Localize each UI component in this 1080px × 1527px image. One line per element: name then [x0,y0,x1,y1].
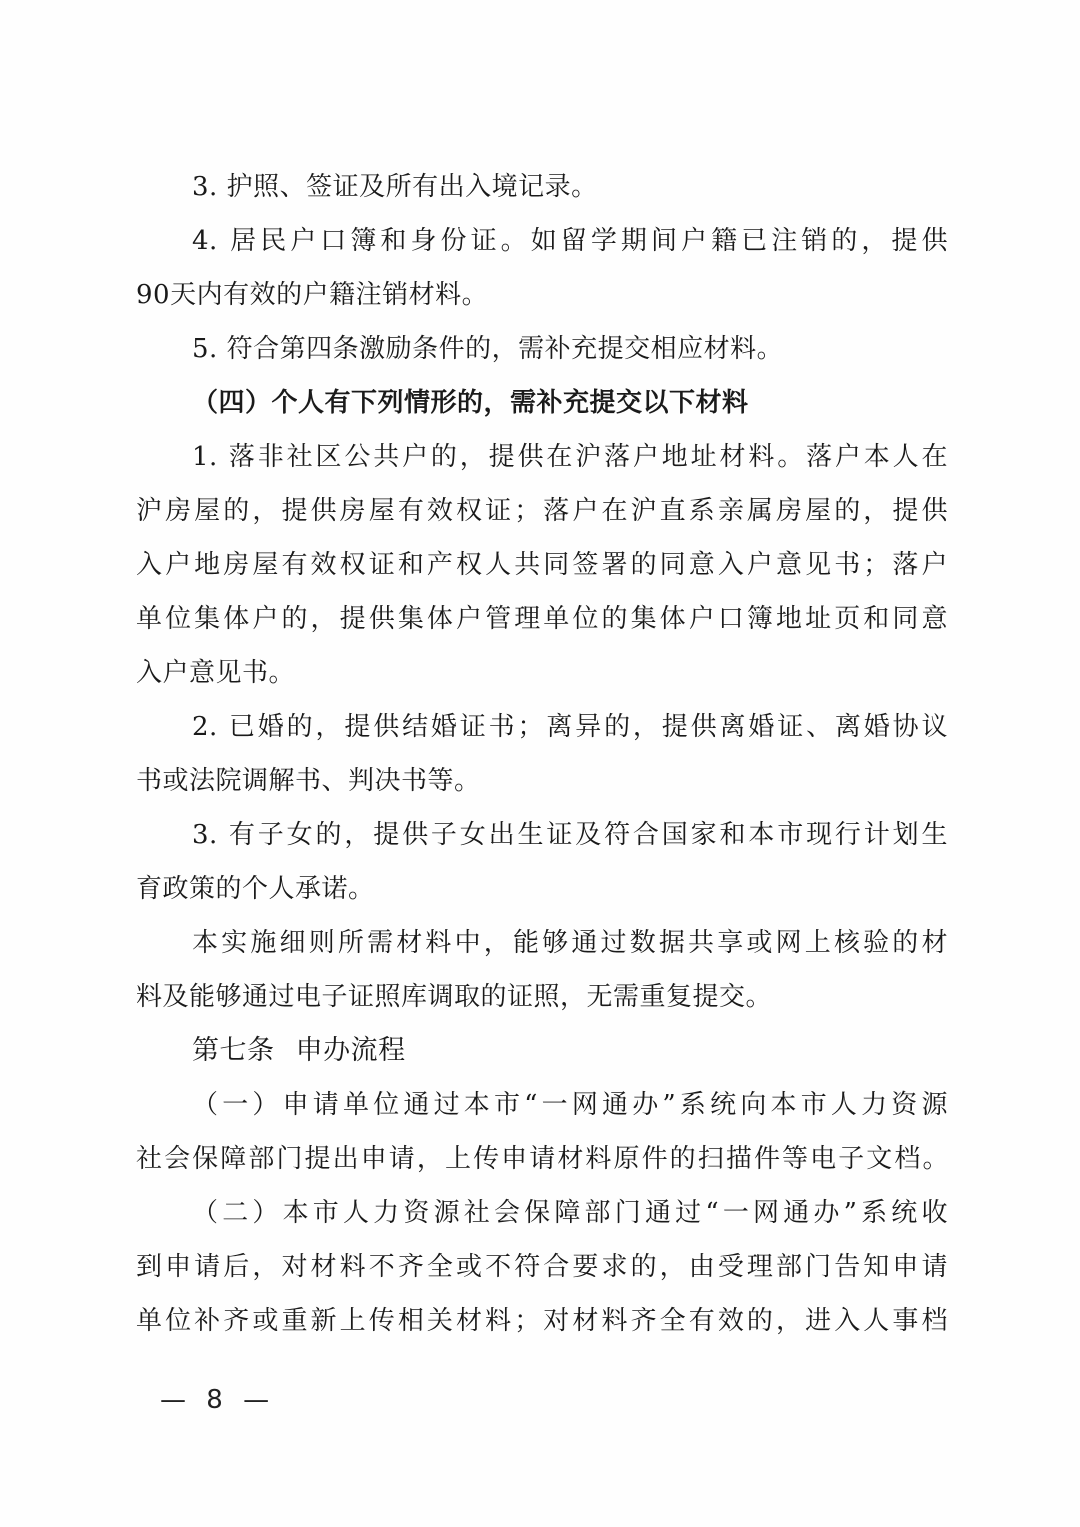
list-item-children-line-2: 育政策的个人承诺。 [136,862,948,916]
list-item-passport-visa: 3. 护照、签证及所有出入境记录。 [136,160,948,214]
list-item-settlement-line-3: 入户地房屋有效权证和产权人共同签署的同意入户意见书；落户 [136,538,948,592]
procedure-step-one-line-1: （一）申请单位通过本市“一网通办”系统向本市人力资源 [136,1078,948,1132]
procedure-step-one-line-2: 社会保障部门提出申请，上传申请材料原件的扫描件等电子文档。 [136,1132,948,1186]
document-page: 3. 护照、签证及所有出入境记录。 4. 居民户口簿和身份证。如留学期间户籍已注… [0,0,1080,1527]
list-item-marriage-line-2: 书或法院调解书、判决书等。 [136,754,948,808]
document-body: 3. 护照、签证及所有出入境记录。 4. 居民户口簿和身份证。如留学期间户籍已注… [136,160,948,1348]
list-item-settlement-line-4: 单位集体户的，提供集体户管理单位的集体户口簿地址页和同意 [136,592,948,646]
list-item-settlement-line-1: 1. 落非社区公共户的，提供在沪落户地址材料。落户本人在 [136,430,948,484]
list-item-settlement-line-2: 沪房屋的，提供房屋有效权证；落户在沪直系亲属房屋的，提供 [136,484,948,538]
list-item-incentive-materials: 5. 符合第四条激励条件的，需补充提交相应材料。 [136,322,948,376]
procedure-step-two-line-3: 单位补齐或重新上传相关材料；对材料齐全有效的，进入人事档 [136,1294,948,1348]
list-item-household-register-line-1: 4. 居民户口簿和身份证。如留学期间户籍已注销的，提供 [136,214,948,268]
paragraph-data-sharing-line-1: 本实施细则所需材料中，能够通过数据共享或网上核验的材 [136,916,948,970]
list-item-household-register-line-2: 90天内有效的户籍注销材料。 [136,268,948,322]
list-item-marriage-line-1: 2. 已婚的，提供结婚证书；离异的，提供离婚证、离婚协议 [136,700,948,754]
article-heading-seven: 第七条 申办流程 [136,1024,948,1078]
list-item-children-line-1: 3. 有子女的，提供子女出生证及符合国家和本市现行计划生 [136,808,948,862]
page-number: — 8 — [160,1385,275,1415]
procedure-step-two-line-2: 到申请后，对材料不齐全或不符合要求的，由受理部门告知申请 [136,1240,948,1294]
procedure-step-two-line-1: （二）本市人力资源社会保障部门通过“一网通办”系统收 [136,1186,948,1240]
list-item-settlement-line-5: 入户意见书。 [136,646,948,700]
paragraph-data-sharing-line-2: 料及能够通过电子证照库调取的证照，无需重复提交。 [136,970,948,1024]
section-heading-four: （四）个人有下列情形的，需补充提交以下材料 [136,376,948,430]
